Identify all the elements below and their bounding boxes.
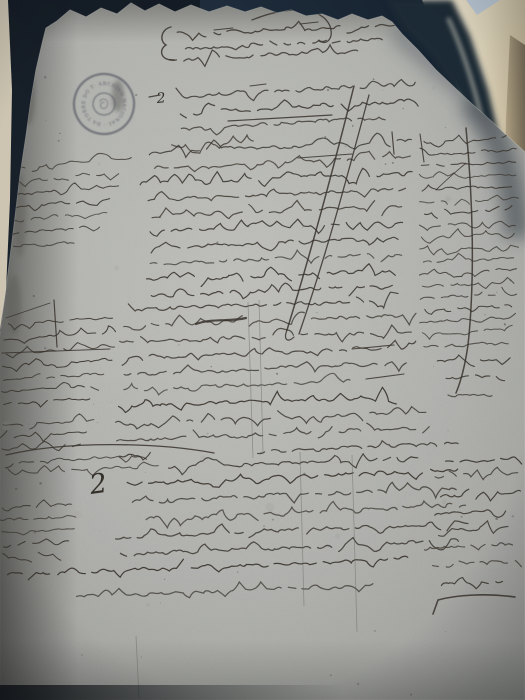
photo-vignette <box>0 0 525 700</box>
photo-canvas: · ARCHIVO NACIONAL · DA TORRE DO TOMBO ·… <box>0 0 525 700</box>
manuscript-photo: · ARCHIVO NACIONAL · DA TORRE DO TOMBO ·… <box>0 0 525 700</box>
